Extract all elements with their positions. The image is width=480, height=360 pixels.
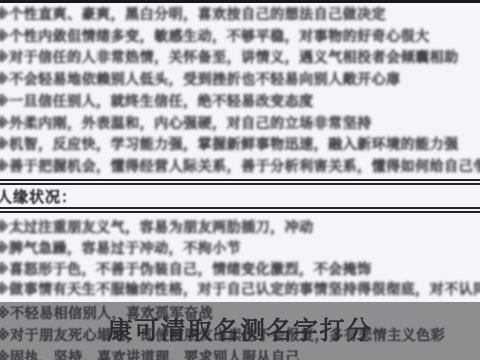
- text-line: ※脾气急躁，容易过于冲动，不拘小节: [0, 238, 480, 259]
- text-line: ※固执，坚持，喜欢讲道理，要求别人服从自己: [0, 346, 480, 360]
- watermark-text: 康可清取名测名字打分: [107, 311, 372, 347]
- text-line: ※做事情有天生不服输的性格，对于自己认定的事情坚持得很彻底，对不认同的人排斥: [0, 279, 480, 300]
- divider-line: [0, 207, 480, 213]
- section-heading: 人缘状况：: [0, 186, 77, 207]
- text-line: ※个性内敛但情绪多变，敏感生动，不够平稳，对事物的好奇心很大: [0, 26, 480, 48]
- text-line: ※善于把握机会，懂得经营人际关系，善于分析利害关系，懂得如何给自己争取最大利益: [0, 156, 480, 178]
- divider-line: [0, 179, 480, 185]
- text-line: ※机智，反应快，学习能力强，掌握新鲜事物迅速，融入新环境的能力强: [0, 134, 480, 156]
- text-line: ※对于信任的人非常热情，关怀备至，讲情义，遇义气相投者会倾囊相助: [0, 47, 480, 69]
- text-line: ※外柔内刚，外表温和，内心强硬，对自己的立场非常坚持: [0, 113, 480, 135]
- text-line: ※个性直爽、豪爽，黑白分明，喜欢按自己的想法自己做决定: [0, 4, 480, 26]
- document-page: ※个性直爽、豪爽，黑白分明，喜欢按自己的想法自己做决定 ※个性内敛但情绪多变，敏…: [0, 0, 480, 360]
- text-line: ※一旦信任别人，就终生信任，绝不轻易改变态度: [0, 91, 480, 113]
- text-line: ※不会轻易地依赖别人低头，受到挫折也不轻易向别人敞开心扉: [0, 69, 480, 91]
- personality-text-block: ※个性直爽、豪爽，黑白分明，喜欢按自己的想法自己做决定 ※个性内敛但情绪多变，敏…: [0, 4, 480, 178]
- top-border-line: [0, 0, 480, 3]
- text-line: ※喜怒形于色，不善于伪装自己，情绪变化激烈，不会掩饰: [0, 259, 480, 280]
- text-line: ※太过注重朋友义气，容易为朋友两肋插刀，冲动: [0, 217, 480, 238]
- relations-text-block: ※太过注重朋友义气，容易为朋友两肋插刀，冲动 ※脾气急躁，容易过于冲动，不拘小节…: [0, 217, 480, 300]
